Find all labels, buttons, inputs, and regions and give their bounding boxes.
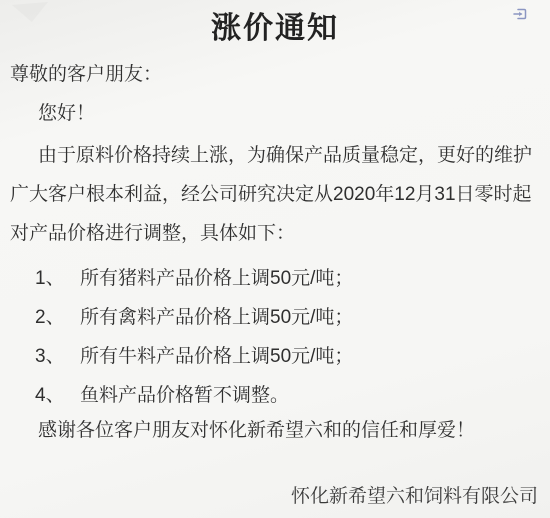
list-item-number: 2、 [35,298,80,337]
list-item-text: 所有禽料产品价格上调50元/吨； [80,298,353,337]
company-signature: 怀化新希望六和饲料有限公司 [291,484,538,510]
list-item-text: 所有猪料产品价格上调50元/吨； [80,259,353,298]
enter-reader-icon[interactable] [512,6,528,22]
list-item-number: 3、 [35,337,80,376]
list-item: 4、 鱼料产品价格暂不调整。 [35,376,550,415]
list-item-number: 4、 [35,376,80,415]
enter-reader-icon-glyph [512,6,528,22]
price-notice-page: { "page": { "title": "涨价通知" }, "notice":… [0,0,550,518]
list-item-text: 鱼料产品价格暂不调整。 [80,376,289,415]
price-adjustment-list: 1、 所有猪料产品价格上调50元/吨； 2、 所有禽料产品价格上调50元/吨； … [35,259,550,415]
salutation-line: 尊敬的客户朋友： [10,62,550,88]
paragraph-line-3: 对产品价格进行调整，具体如下： [10,214,542,253]
body-paragraph: 由于原料价格持续上涨，为确保产品质量稳定，更好的维护 广大客户根本利益，经公司研… [10,136,542,253]
list-item: 2、 所有禽料产品价格上调50元/吨； [35,298,550,337]
list-item-number: 1、 [35,259,80,298]
greeting-line: 您好！ [38,101,550,127]
list-item-text: 所有牛料产品价格上调50元/吨； [80,337,353,376]
list-item: 3、 所有牛料产品价格上调50元/吨； [35,337,550,376]
paragraph-line-1: 由于原料价格持续上涨，为确保产品质量稳定，更好的维护 [10,136,542,175]
paragraph-line-2: 广大客户根本利益，经公司研究决定从2020年12月31日零时起 [10,175,542,214]
page-title: 涨价通知 [0,0,550,50]
list-item: 1、 所有猪料产品价格上调50元/吨； [35,259,550,298]
thanks-line: 感谢各位客户朋友对怀化新希望六和的信任和厚爱！ [38,417,550,444]
